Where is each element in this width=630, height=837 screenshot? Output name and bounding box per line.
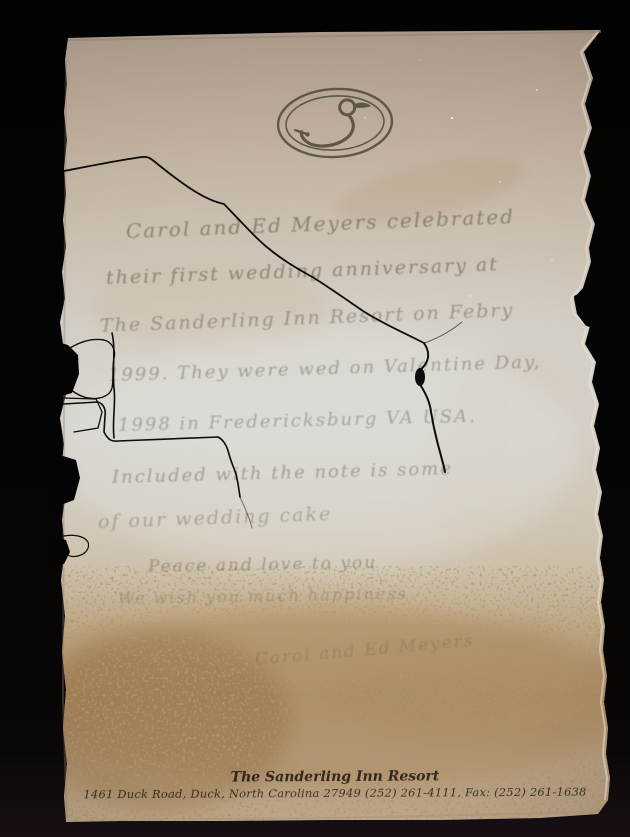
handwriting-line-8: Peace and love to you <box>148 553 378 577</box>
photo-stage: Carol and Ed Meyers celebrated their fir… <box>0 0 630 837</box>
letterhead-address-line: 1461 Duck Road, Duck, North Carolina 279… <box>70 785 600 802</box>
letterhead-resort-name: The Sanderling Inn Resort <box>70 768 600 787</box>
